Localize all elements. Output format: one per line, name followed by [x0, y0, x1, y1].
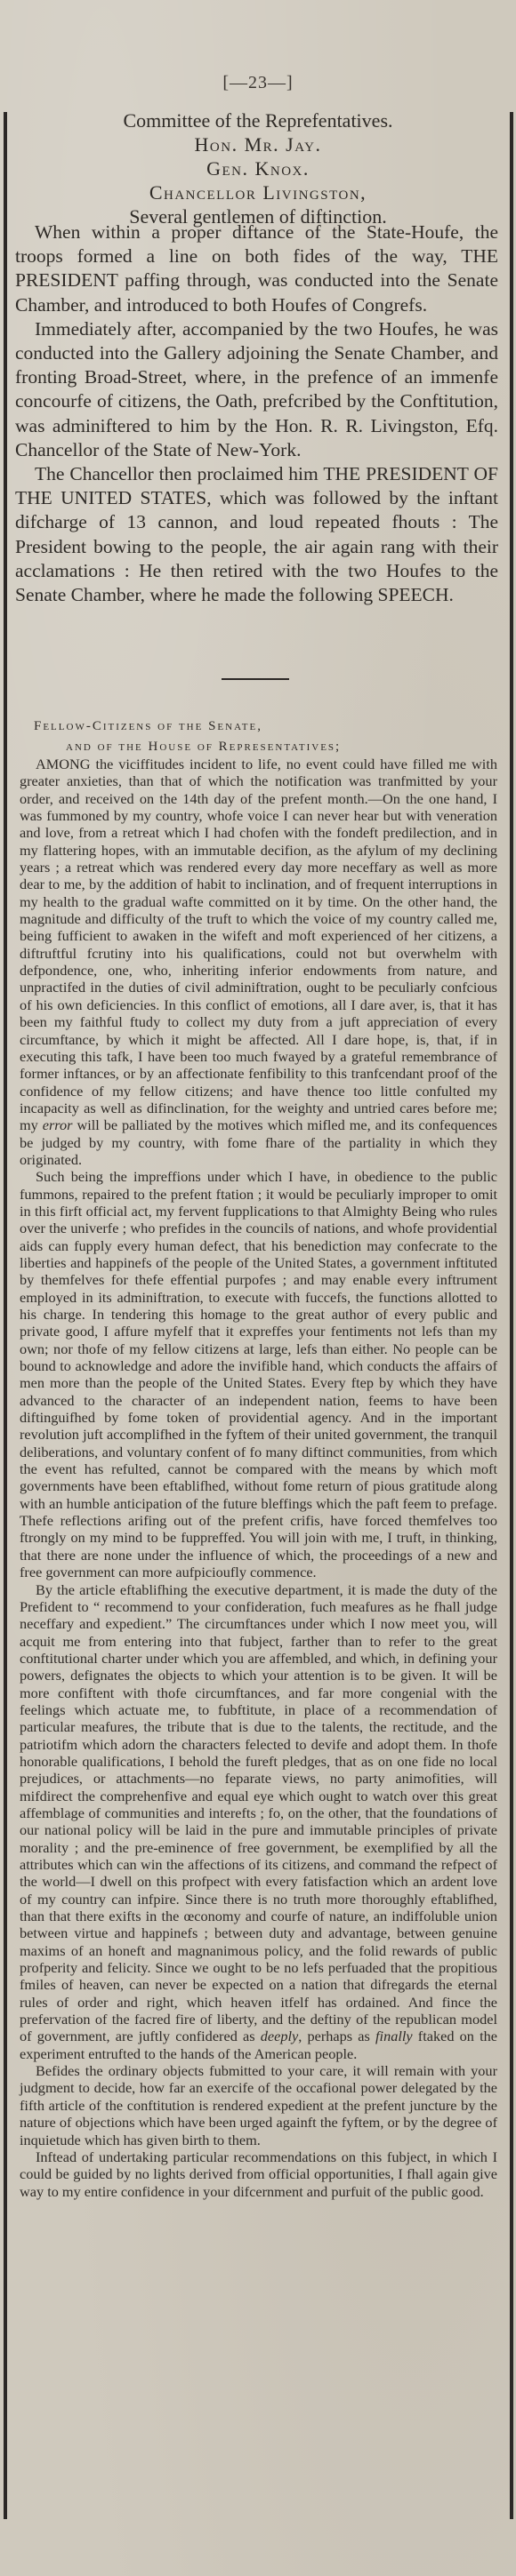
speech-salutation: Fellow-Citizens of the Senate, and of th…: [34, 716, 341, 757]
narrative-paragraph: The Chancellor then proclaimed him THE P…: [15, 462, 498, 607]
italic-word: error: [43, 1116, 73, 1133]
procession-item: Committee of the Reprefentatives.: [0, 108, 516, 132]
page-number: [—23—]: [0, 73, 516, 93]
inaugural-speech: AMONG the viciffitudes incident to life,…: [20, 756, 497, 2200]
procession-item: Chancellor Livingston,: [0, 180, 516, 204]
section-divider: [222, 678, 289, 680]
procession-item: Gen. Knox.: [0, 156, 516, 180]
procession-list: Committee of the Reprefentatives. Hon. M…: [0, 108, 516, 228]
salutation-line: Fellow-Citizens of the Senate,: [34, 716, 341, 737]
narrative-paragraph: Immediately after, accompanied by the tw…: [15, 317, 498, 462]
speech-paragraph: Inftead of undertaking particular recomm…: [20, 2148, 497, 2200]
italic-word: finally: [375, 2028, 413, 2044]
narrative-paragraph: When within a proper diftance of the Sta…: [15, 220, 498, 317]
speech-text: By the article eftablifhing the executiv…: [20, 1581, 497, 2045]
speech-paragraph: AMONG the viciffitudes incident to life,…: [20, 756, 497, 1168]
speech-paragraph: Befides the ordinary objects fubmitted t…: [20, 2062, 497, 2148]
document-page: [—23—] Committee of the Reprefentatives.…: [0, 0, 516, 2576]
speech-text: , perhaps as: [298, 2028, 375, 2044]
speech-text: will be palliated by the motives which m…: [20, 1116, 497, 1168]
procession-item: Hon. Mr. Jay.: [0, 132, 516, 156]
italic-word: deeply: [261, 2028, 298, 2044]
speech-paragraph: By the article eftablifhing the executiv…: [20, 1581, 497, 2063]
speech-text: AMONG the viciffitudes incident to life,…: [20, 756, 497, 1133]
inauguration-narrative: When within a proper diftance of the Sta…: [15, 220, 498, 607]
salutation-line: and of the House of Representatives;: [34, 737, 341, 757]
speech-paragraph: Such being the impreffions under which I…: [20, 1168, 497, 1580]
